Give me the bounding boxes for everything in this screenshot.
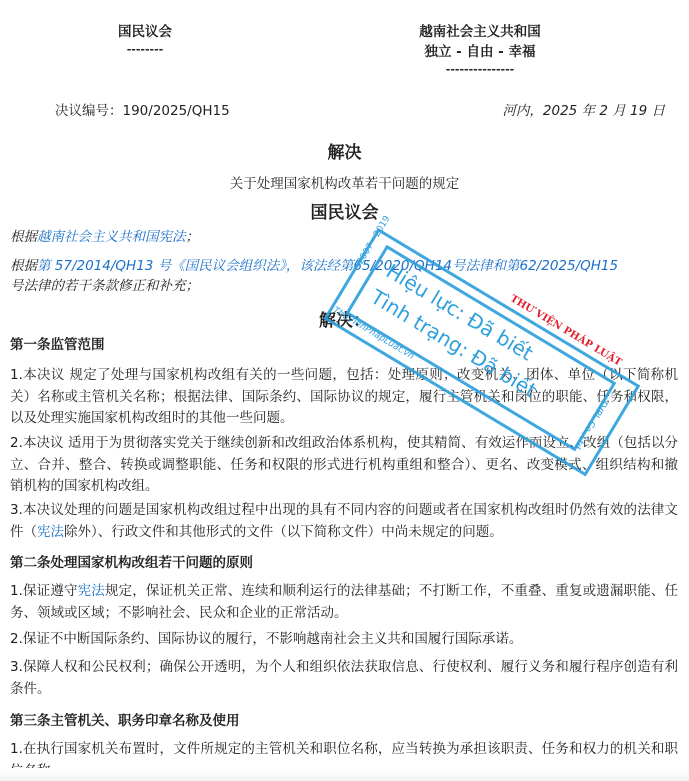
organization-law-link[interactable]: 第 57/2014/QH13 号《国民议会组织法》，该法经第65/2020/QH… — [37, 258, 618, 274]
article-3-title: 第三条主管机关、职务印章名称及使用 — [10, 709, 240, 729]
document-type-title: 解决 — [0, 138, 689, 163]
issuer-org: 国民议会 — [95, 22, 195, 42]
country-separator: --------------- — [380, 62, 580, 78]
issuer-separator: -------- — [95, 42, 195, 58]
place-date: 河内，2025 年 2 月 19 日 — [502, 99, 665, 119]
article-1-paragraph-1: 1.本决议 规定了处理与国家机构改组有关的一些问题，包括：处理原则；改变机关、团… — [10, 365, 678, 430]
article-2-title: 第二条处理国家机构改组若干问题的原则 — [10, 551, 253, 571]
decision-number: 决议编号：190/2025/QH15 — [55, 99, 230, 119]
basis-suffix: ； — [186, 229, 200, 245]
legal-basis-1: 根据越南社会主义共和国宪法； — [10, 227, 670, 247]
country-motto: 独立 - 自由 - 幸福 — [380, 42, 580, 62]
document-subject: 关于处理国家机构改革若干问题的规定 — [0, 172, 689, 192]
constitution-link[interactable]: 越南社会主义共和国宪法 — [37, 229, 186, 245]
article-1-title: 第一条监管范围 — [10, 333, 105, 353]
bottom-fade — [0, 768, 689, 781]
issuer-title: 国民议会 — [0, 198, 689, 223]
country-name: 越南社会主义共和国 — [380, 22, 580, 42]
para-text: 除外）、行政文件和其他形式的文件（以下简称文件）中尚未规定的问题。 — [64, 524, 503, 540]
document-page: 国民议会 -------- 越南社会主义共和国 独立 - 自由 - 幸福 ---… — [0, 0, 689, 781]
legal-basis-2: 根据第 57/2014/QH13 号《国民议会组织法》，该法经第65/2020/… — [10, 256, 670, 296]
article-1-paragraph-2: 2.本决议 适用于为贯彻落实党关于继续创新和改组政治体系机构，使其精简、有效运作… — [10, 433, 678, 498]
article-2-paragraph-2: 2.保证不中断国际条约、国际协议的履行，不影响越南社会主义共和国履行国际承诺。 — [10, 629, 678, 651]
para-text: 规定，保证机关正常、连续和顺利运行的法律基础；不打断工作，不重叠、重复或遗漏职能… — [10, 583, 678, 621]
issuer-header: 国民议会 -------- — [95, 22, 195, 58]
article-2-paragraph-1: 1.保证遵守宪法规定，保证机关正常、连续和顺利运行的法律基础；不打断工作，不重叠… — [10, 581, 678, 624]
country-header: 越南社会主义共和国 独立 - 自由 - 幸福 --------------- — [380, 22, 580, 78]
basis-prefix: 根据 — [10, 229, 37, 245]
decides-title: 解决： — [0, 306, 689, 331]
basis-suffix: 号法律的若干条款修正和补充； — [10, 278, 199, 294]
article-2-paragraph-3: 3.保障人权和公民权利；确保公开透明，为个人和组织依法获取信息、行使权利、履行义… — [10, 657, 678, 700]
basis-prefix: 根据 — [10, 258, 37, 274]
constitution-link[interactable]: 宪法 — [37, 524, 64, 540]
para-text: 1.保证遵守 — [10, 583, 78, 599]
constitution-link[interactable]: 宪法 — [78, 583, 105, 599]
article-1-paragraph-3: 3.本决议处理的问题是国家机构改组过程中出现的具有不同内容的问题或者在国家机构改… — [10, 500, 678, 543]
